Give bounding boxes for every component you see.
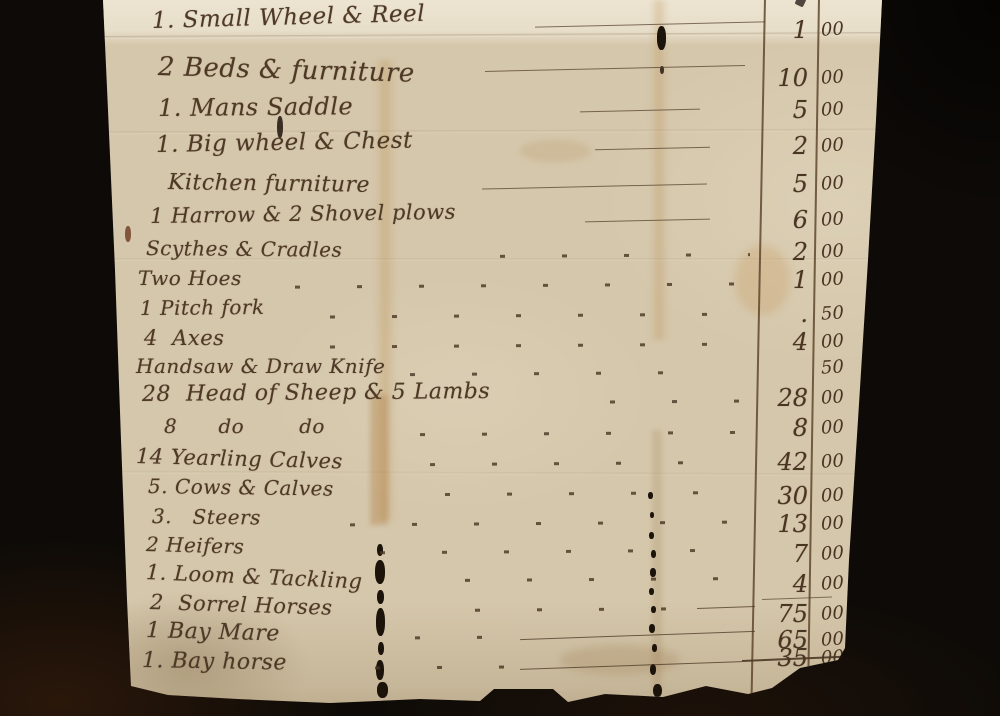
item-label: 2 Heifers xyxy=(146,532,245,559)
item-label: 14 Yearling Calves xyxy=(136,444,343,473)
price-cents: 00 xyxy=(820,172,844,195)
fold-dot xyxy=(652,644,657,652)
price-dollars: 35 xyxy=(748,644,808,672)
price-cents: 00 xyxy=(820,386,844,409)
price-dollars: 42 xyxy=(748,448,808,476)
fold-tear-mark xyxy=(377,590,384,604)
item-label: Kitchen furniture xyxy=(168,170,370,198)
leader-line xyxy=(580,109,700,113)
fold-tear-mark xyxy=(377,682,388,698)
price-cents: 00 xyxy=(820,512,844,535)
price-dollars: 75 xyxy=(748,600,808,628)
paper-stain xyxy=(520,140,590,162)
fold-tear-mark xyxy=(376,660,384,680)
price-dollars: 7 xyxy=(748,540,808,568)
price-cents: 50 xyxy=(820,356,844,379)
price-dollars: 28 xyxy=(748,384,808,412)
item-label: 8 do do xyxy=(164,414,325,438)
price-cents: 00 xyxy=(820,208,844,231)
price-dollars: 8 xyxy=(748,414,808,442)
price-cents: 00 xyxy=(820,18,844,41)
item-label: 1. Bay horse xyxy=(142,648,287,676)
paper-stain xyxy=(560,645,680,675)
leader-dots xyxy=(445,491,740,496)
leader-line xyxy=(585,219,710,223)
item-label: 1 Bay Mare xyxy=(146,618,280,646)
fold-dot xyxy=(650,512,654,518)
leader-dots xyxy=(380,549,730,554)
leader-line xyxy=(520,631,755,640)
fold-tear-mark xyxy=(376,608,385,636)
price-dollars: 1 xyxy=(748,266,808,294)
fold-dot xyxy=(649,624,655,633)
fold-tear-mark xyxy=(378,642,384,655)
leader-dots xyxy=(350,521,730,527)
price-cents: 00 xyxy=(820,484,844,507)
price-dollars: 2 xyxy=(748,132,808,160)
item-label: Scythes & Cradles xyxy=(146,236,343,262)
leader-dots xyxy=(410,371,720,376)
item-label: 28 Head of Sheep & 5 Lambs xyxy=(142,379,490,407)
price-dollars: 4 xyxy=(748,328,808,356)
ink-blot xyxy=(657,26,666,50)
price-cents: 00 xyxy=(820,98,844,121)
price-cents: 00 xyxy=(820,542,844,565)
leader-dots xyxy=(610,400,750,404)
fold-dot xyxy=(649,532,654,539)
price-cents: 00 xyxy=(820,240,844,263)
price-dollars: 10 xyxy=(748,64,808,92)
price-dollars: 30 xyxy=(748,482,808,510)
item-label: 1. Loom & Tackling xyxy=(145,560,363,593)
item-label: 4 Axes xyxy=(144,326,224,350)
price-cents: 00 xyxy=(820,268,844,291)
leader-dots xyxy=(420,431,750,436)
leader-line xyxy=(485,65,745,72)
item-label: Handsaw & Draw Knife xyxy=(136,354,385,378)
leader-line xyxy=(482,183,707,189)
price-dollars: 4 xyxy=(748,570,808,598)
price-dollars: 2 xyxy=(748,238,808,266)
price-cents: 00 xyxy=(820,330,844,353)
item-label: Two Hoes xyxy=(138,266,242,290)
fold-dot xyxy=(650,664,656,675)
leader-dots xyxy=(375,666,510,670)
ruled-line-cents-column xyxy=(807,0,820,698)
leader-line xyxy=(697,606,755,609)
item-label: 1. Mans Saddle xyxy=(158,92,353,122)
price-dollars: . xyxy=(748,300,808,328)
margin-mark xyxy=(125,226,131,242)
leader-dots xyxy=(430,461,740,466)
price-cents: 00 xyxy=(820,416,844,439)
price-dollars: 6 xyxy=(748,206,808,234)
price-cents: 00 xyxy=(820,66,844,89)
fold-tear-mark xyxy=(375,560,385,584)
vertical-fold-stain xyxy=(370,395,388,525)
leader-dots xyxy=(295,282,745,288)
price-dollars: 13 xyxy=(748,510,808,538)
price-dollars: 1 xyxy=(748,16,808,44)
price-cents: 00 xyxy=(820,134,844,157)
item-label: 1. Big wheel & Chest xyxy=(156,128,413,158)
fold-dot xyxy=(653,684,662,697)
item-label: 5. Cows & Calves xyxy=(148,474,334,501)
price-cents: 00 xyxy=(820,450,844,473)
price-dollars: 5 xyxy=(748,170,808,198)
price-cents: 00 xyxy=(820,572,844,595)
item-label: 2 Sorrel Horses xyxy=(150,590,333,620)
item-label: 3. Steers xyxy=(152,504,261,530)
leader-dots xyxy=(465,577,730,582)
item-label: 1. Small Wheel & Reel xyxy=(152,1,426,34)
cutoff-digit-mark xyxy=(795,0,807,7)
vertical-fold-stain xyxy=(650,0,668,340)
price-dollars: 5 xyxy=(748,96,808,124)
leader-dots xyxy=(415,636,510,640)
fold-dot xyxy=(650,568,656,577)
item-label: 2 Beds & furniture xyxy=(158,52,416,89)
price-cents: 00 xyxy=(820,602,844,625)
item-label: 1 Pitch fork xyxy=(140,295,265,320)
fold-dot xyxy=(649,588,654,595)
item-label: 1 Harrow & 2 Shovel plows xyxy=(150,200,456,228)
price-cents: 50 xyxy=(820,302,844,325)
